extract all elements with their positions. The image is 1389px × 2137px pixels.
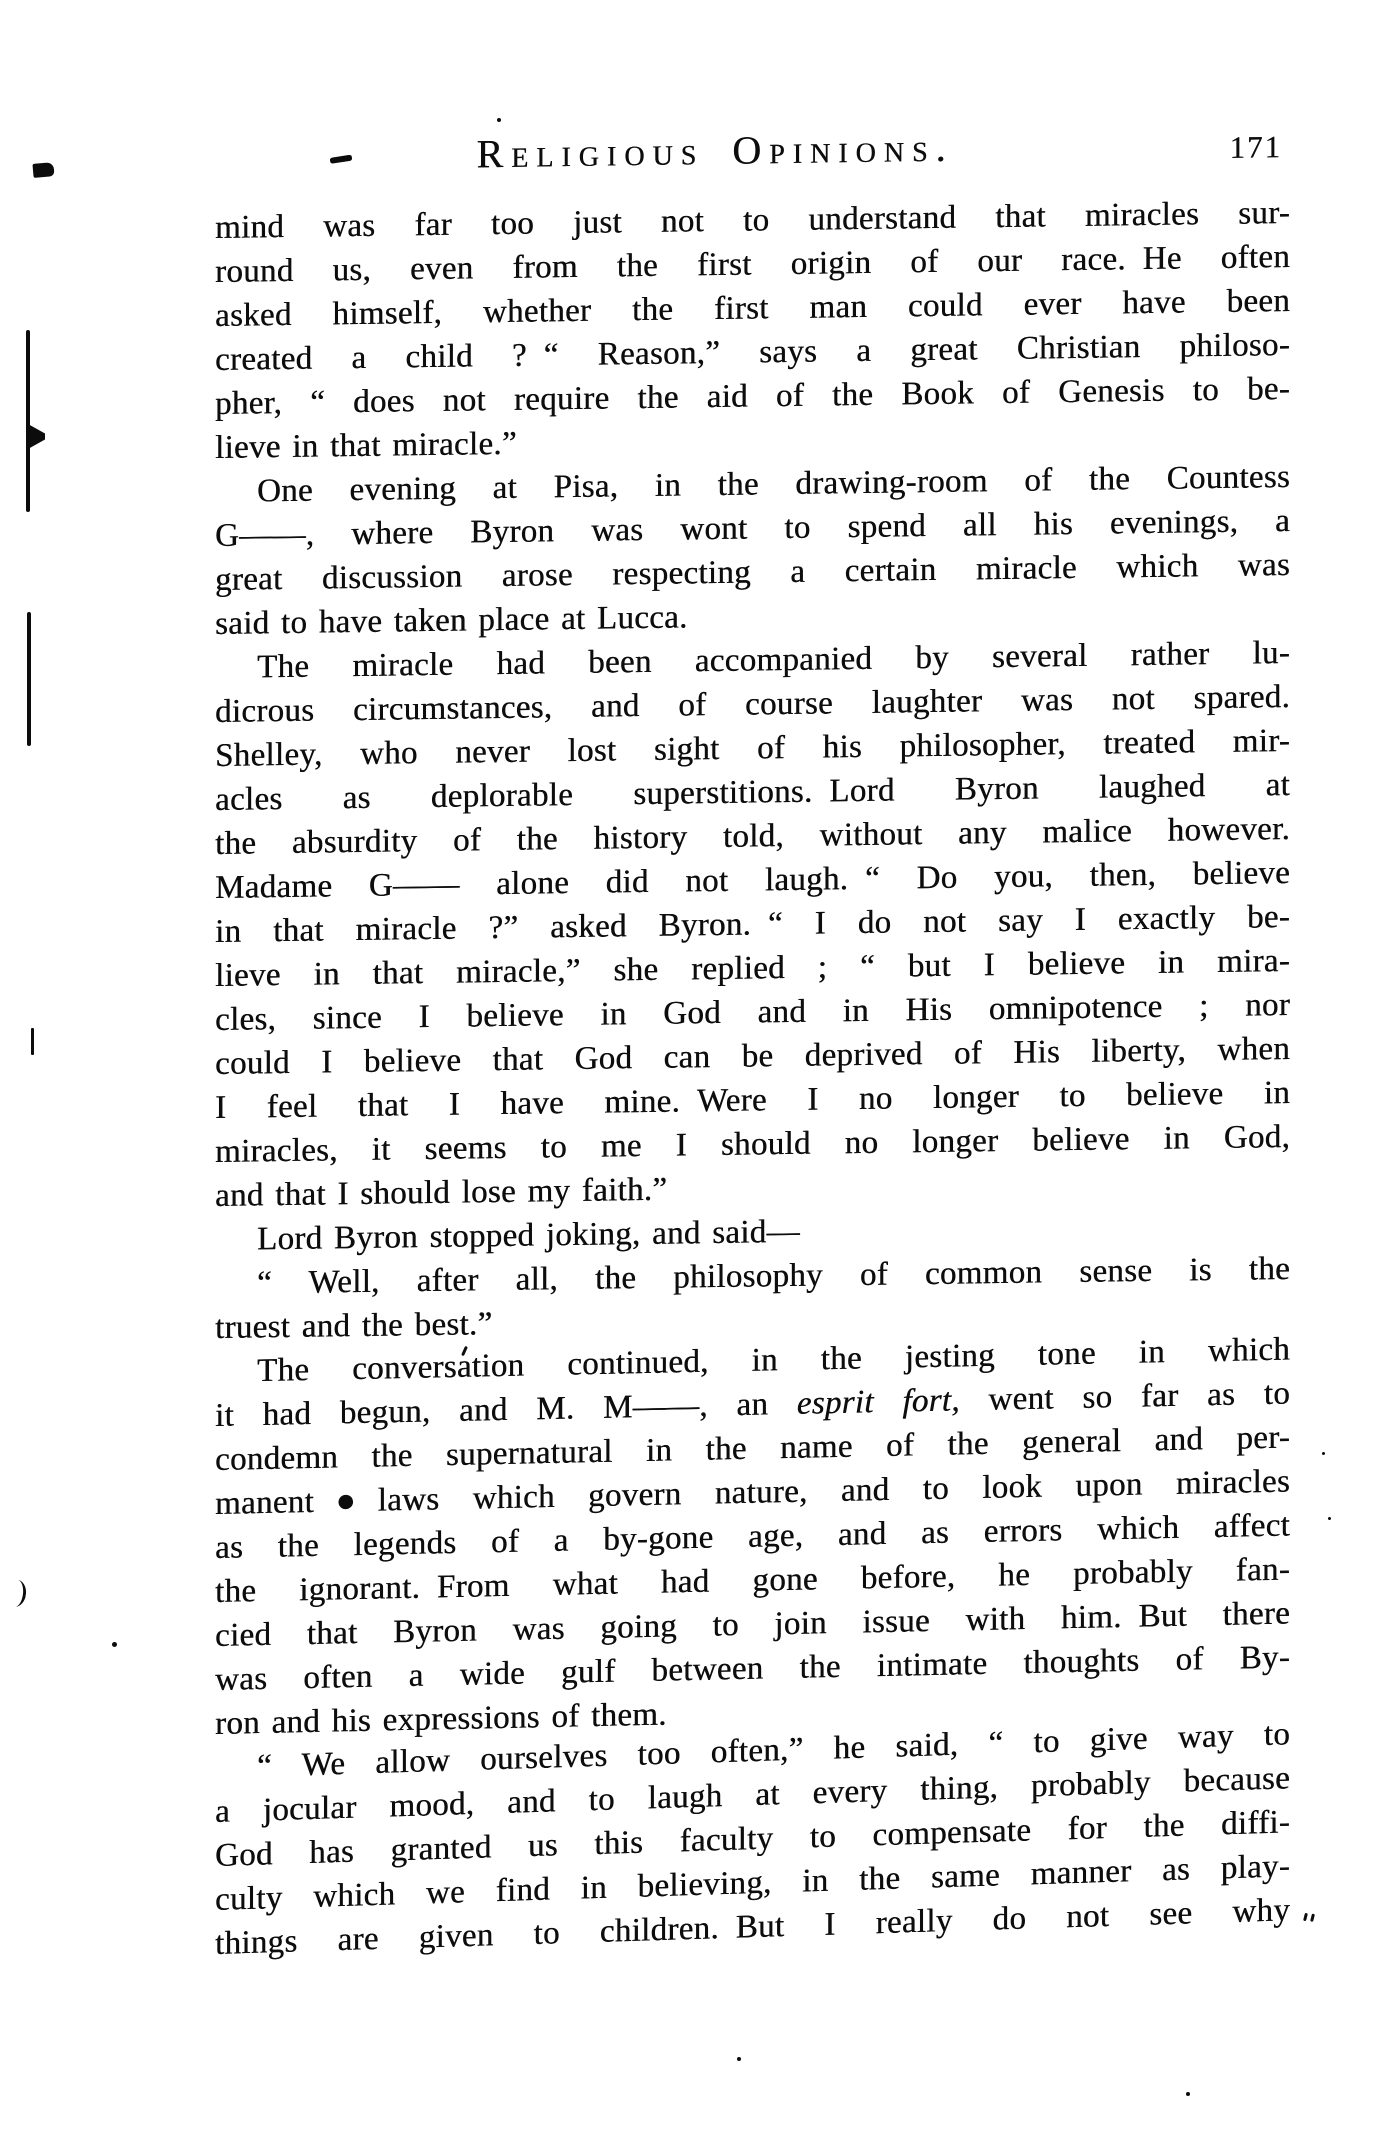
margin-ink-blob — [32, 162, 54, 178]
text-block: Religious Opinions. 171 mind was far too… — [215, 131, 1290, 1966]
text-segment: went so far as to — [960, 1375, 1290, 1418]
text-segment: Lord Byron stopped joking, and said— — [257, 1214, 800, 1258]
text-segment: said to have taken place at Lucca. — [215, 599, 688, 642]
scanned-book-page: Religious Opinions. 171 mind was far too… — [0, 0, 1389, 2137]
margin-ink-arrowhead — [28, 424, 45, 449]
ink-speck — [737, 2057, 741, 2061]
page-title: Religious Opinions. — [315, 123, 1115, 178]
text-segment: truest and the best.” — [215, 1306, 492, 1346]
text-segment: lieve in that miracle.” — [215, 426, 517, 466]
ink-speck — [1186, 2092, 1190, 2096]
page-number: 171 — [1230, 125, 1283, 170]
ink-speck — [1322, 1452, 1325, 1455]
margin-ink-paren-mark — [11, 1579, 28, 1607]
ink-speck — [1303, 1913, 1308, 1921]
italic-text-segment: esprit fort, — [797, 1382, 960, 1421]
paragraph: The miracle had been accompanied by seve… — [215, 631, 1290, 1218]
paragraph: One evening at Pisa, in the drawing-room… — [215, 455, 1290, 646]
ink-speck — [112, 1642, 117, 1647]
paragraph: mind was far too just not to understand … — [215, 191, 1290, 470]
paragraph: The conversation continued, in the jesti… — [215, 1327, 1290, 1746]
text-segment: and that I should lose my faith.” — [215, 1172, 667, 1214]
ink-speck — [497, 118, 501, 122]
ink-speck — [1328, 1517, 1331, 1520]
paragraph: “ We allow ourselves too often,” he said… — [215, 1712, 1290, 1966]
margin-ink-stroke — [27, 612, 31, 746]
margin-ink-tick — [31, 1028, 34, 1055]
paragraphs: mind was far too just not to understand … — [215, 131, 1290, 1966]
margin-ink-stroke — [26, 330, 30, 512]
